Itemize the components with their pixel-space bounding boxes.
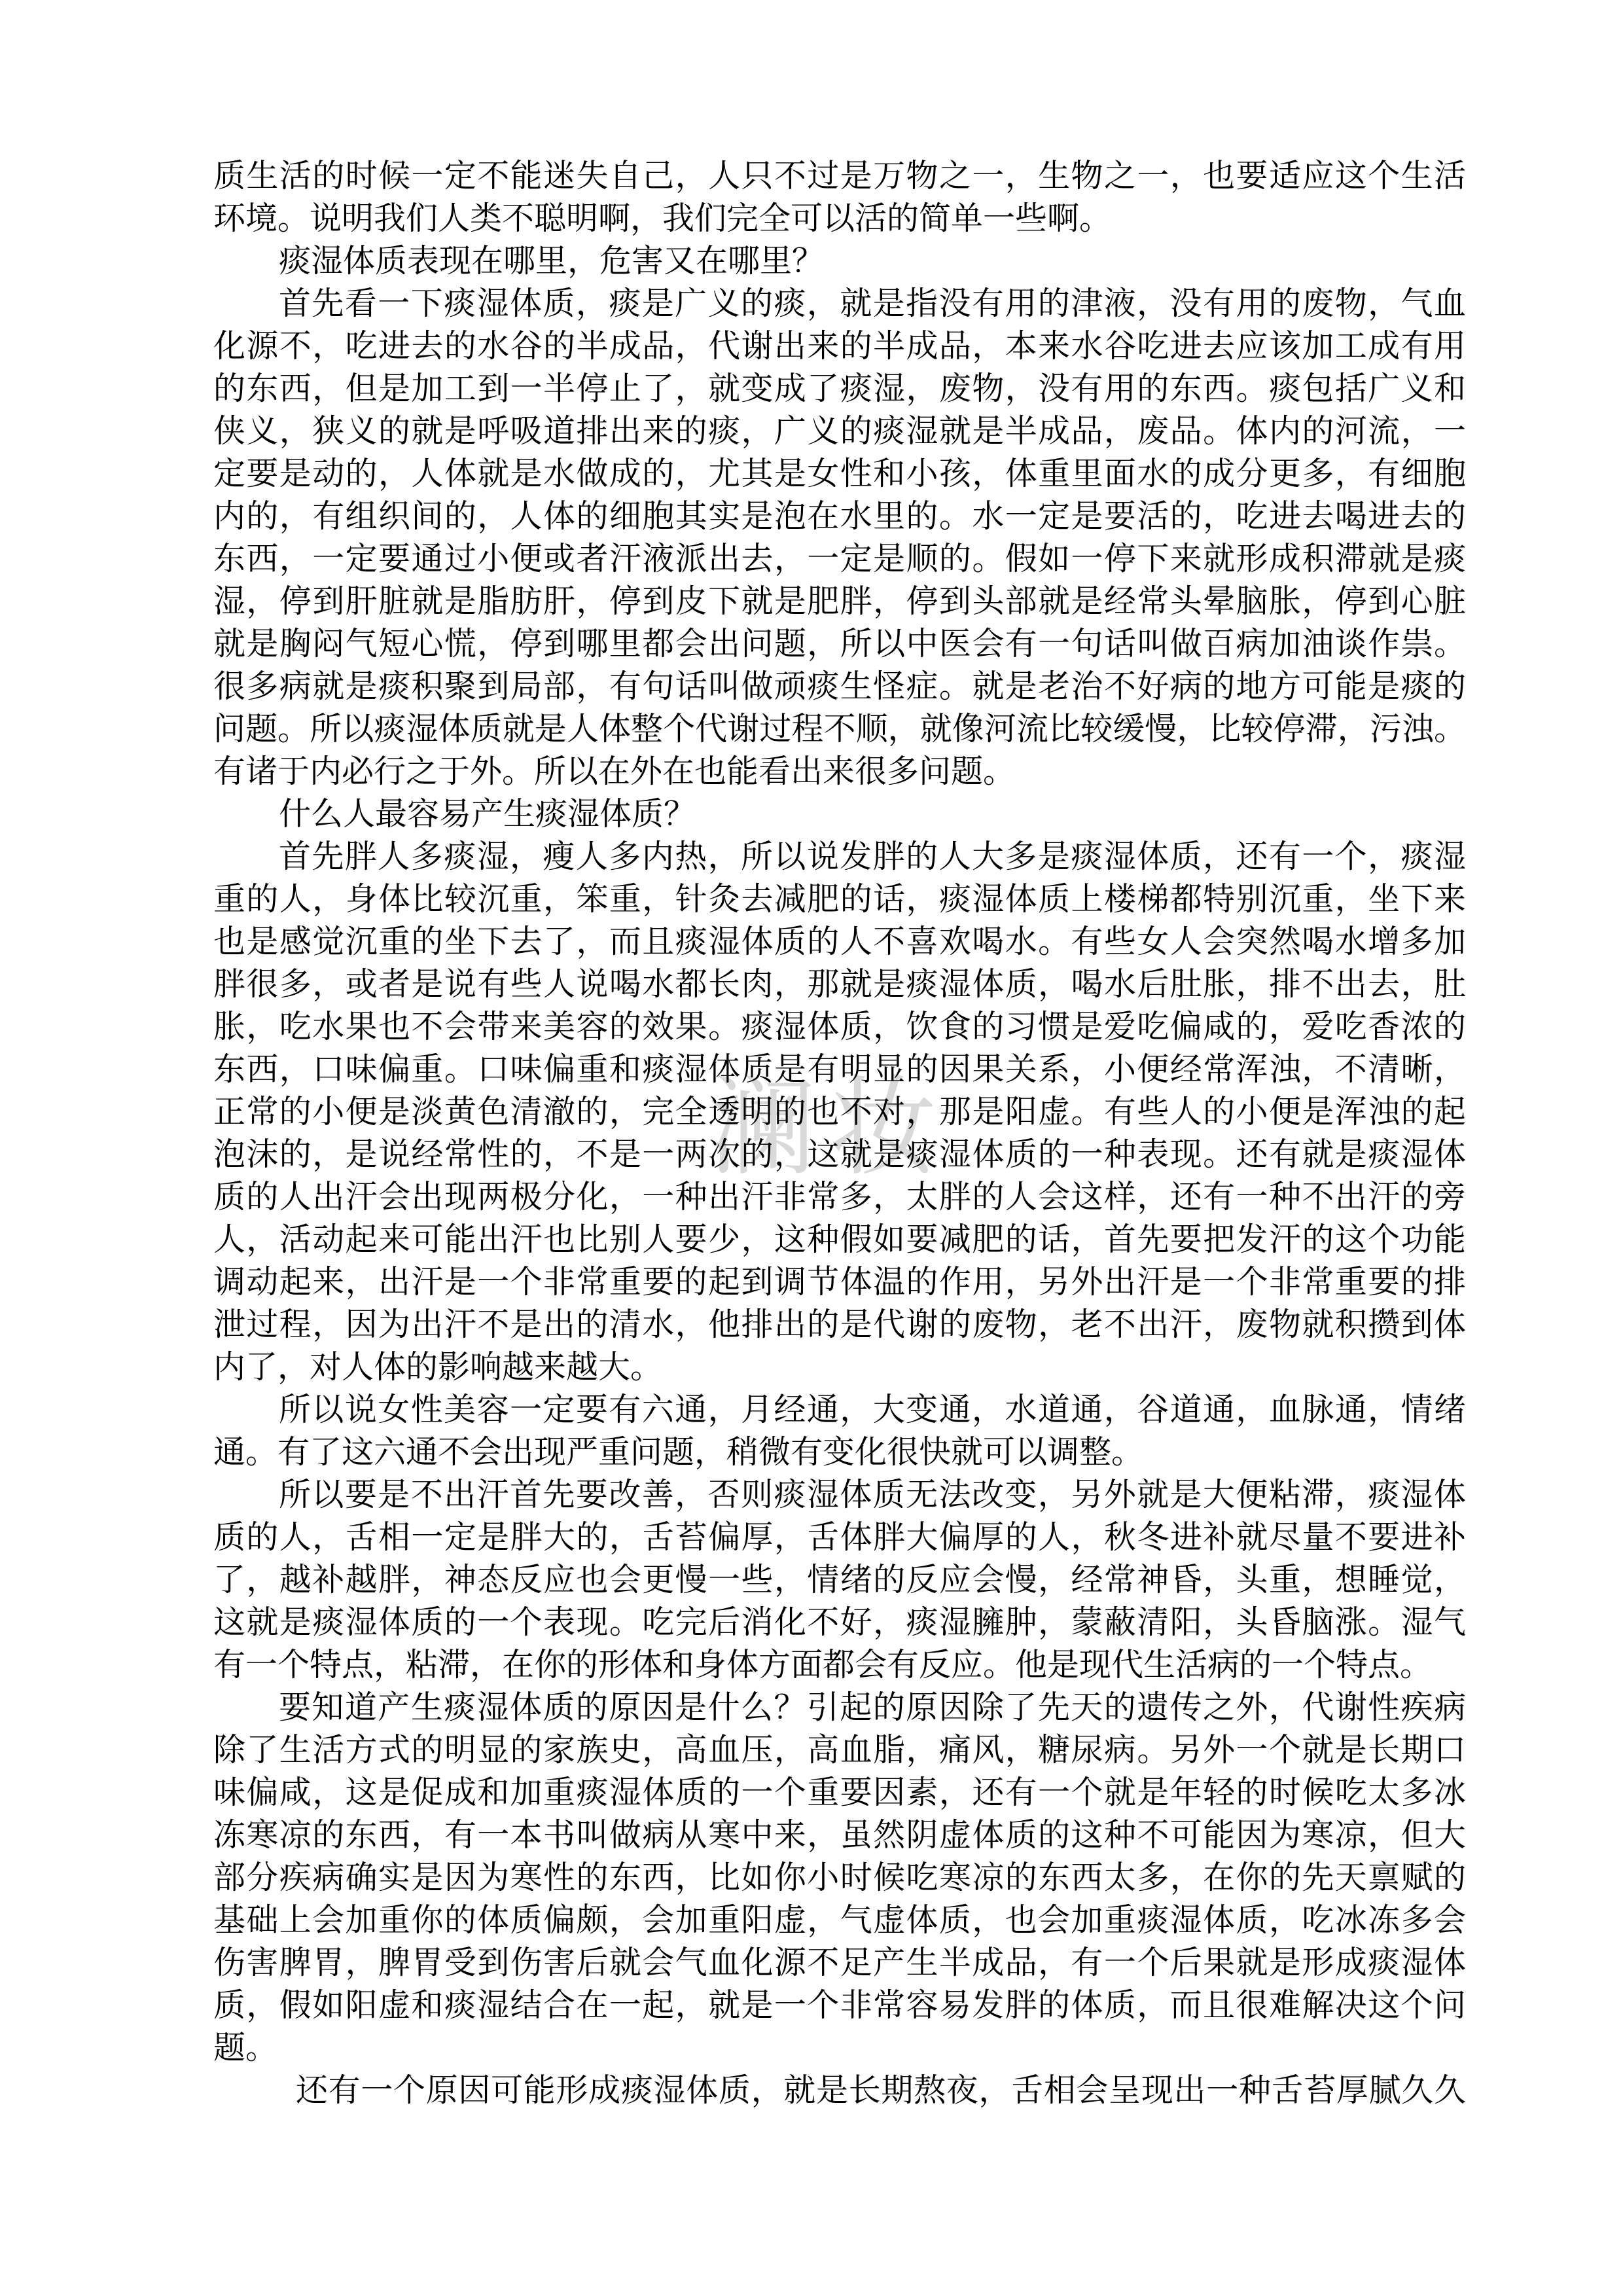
text-line: 很多病就是痰积聚到局部，有句话叫做顽痰生怪症。就是老治不好病的地方可能是痰的 <box>213 665 1466 708</box>
document-page: 质生活的时候一定不能迷失自己，人只不过是万物之一，生物之一，也要适应这个生活 环… <box>213 154 1466 2111</box>
text-line: 泡沫的，是说经常性的，不是一两次的，这就是痰湿体质的一种表现。还有就是痰湿体 <box>213 1133 1466 1175</box>
text-line: 通。有了这六通不会出现严重问题，稍微有变化很快就可以调整。 <box>213 1431 1466 1473</box>
text-line: 了，越补越胖，神态反应也会更慢一些，情绪的反应会慢，经常神昏，头重，想睡觉， <box>213 1558 1466 1601</box>
text-line: 题。 <box>213 2026 1466 2069</box>
text-line: 基础上会加重你的体质偏颇，会加重阳虚，气虚体质，也会加重痰湿体质，吃冰冻多会 <box>213 1899 1466 1941</box>
text-line: 内的，有组织间的，人体的细胞其实是泡在水里的。水一定是要活的，吃进去喝进去的 <box>213 495 1466 537</box>
text-line: 泄过程，因为出汗不是出的清水，他排出的是代谢的废物，老不出汗，废物就积攒到体 <box>213 1303 1466 1346</box>
text-line: 也是感觉沉重的坐下去了，而且痰湿体质的人不喜欢喝水。有些女人会突然喝水增多加 <box>213 920 1466 963</box>
text-line: 问题。所以痰湿体质就是人体整个代谢过程不顺，就像河流比较缓慢，比较停滞，污浊。 <box>213 708 1466 750</box>
text-line: 质的人，舌相一定是胖大的，舌苔偏厚，舌体胖大偏厚的人，秋冬进补就尽量不要进补 <box>213 1516 1466 1558</box>
text-line: 重的人，身体比较沉重，笨重，针灸去减肥的话，痰湿体质上楼梯都特别沉重，坐下来 <box>213 878 1466 920</box>
text-line: 有诸于内必行之于外。所以在外在也能看出来很多问题。 <box>213 750 1466 793</box>
paragraph: 所以要是不出汗首先要改善，否则痰湿体质无法改变，另外就是大便粘滞，痰湿体 质的人… <box>213 1473 1466 1686</box>
text-line: 冻寒凉的东西，有一本书叫做病从寒中来，虽然阴虚体质的这种不可能因为寒凉，但大 <box>213 1814 1466 1856</box>
text-line: 东西，一定要通过小便或者汗液派出去，一定是顺的。假如一停下来就形成积滞就是痰 <box>213 537 1466 580</box>
text-line: 调动起来，出汗是一个非常重要的起到调节体温的作用，另外出汗是一个非常重要的排 <box>213 1261 1466 1303</box>
text-line: 什么人最容易产生痰湿体质？ <box>213 793 1466 835</box>
text-line: 所以说女性美容一定要有六通，月经通，大变通，水道通，谷道通，血脉通，情绪 <box>213 1388 1466 1431</box>
text-line: 首先胖人多痰湿，瘦人多内热，所以说发胖的人大多是痰湿体质，还有一个，痰湿 <box>213 835 1466 878</box>
section-question: 痰湿体质表现在哪里，危害又在哪里？ <box>213 240 1466 282</box>
text-line: 胖很多，或者是说有些人说喝水都长肉，那就是痰湿体质，喝水后肚胀，排不出去，肚 <box>213 963 1466 1005</box>
text-line: 要知道产生痰湿体质的原因是什么？引起的原因除了先天的遗传之外，代谢性疾病 <box>213 1686 1466 1729</box>
paragraph: 质生活的时候一定不能迷失自己，人只不过是万物之一，生物之一，也要适应这个生活 环… <box>213 154 1466 240</box>
text-line: 痰湿体质表现在哪里，危害又在哪里？ <box>213 240 1466 282</box>
text-line: 湿，停到肝脏就是脂肪肝，停到皮下就是肥胖，停到头部就是经常头晕脑胀，停到心脏 <box>213 580 1466 622</box>
text-line: 内了，对人体的影响越来越大。 <box>213 1346 1466 1388</box>
section-question: 什么人最容易产生痰湿体质？ <box>213 793 1466 835</box>
text-line: 伤害脾胃，脾胃受到伤害后就会气血化源不足产生半成品，有一个后果就是形成痰湿体 <box>213 1941 1466 1984</box>
text-line: 这就是痰湿体质的一个表现。吃完后消化不好，痰湿臃肿，蒙蔽清阳，头昏脑涨。湿气 <box>213 1601 1466 1643</box>
text-line: 东西，口味偏重。口味偏重和痰湿体质是有明显的因果关系，小便经常浑浊，不清晰， <box>213 1048 1466 1090</box>
paragraph: 所以说女性美容一定要有六通，月经通，大变通，水道通，谷道通，血脉通，情绪 通。有… <box>213 1388 1466 1473</box>
text-line: 化源不，吃进去的水谷的半成品，代谢出来的半成品，本来水谷吃进去应该加工成有用 <box>213 325 1466 367</box>
text-line: 质生活的时候一定不能迷失自己，人只不过是万物之一，生物之一，也要适应这个生活 <box>213 154 1466 197</box>
text-line: 正常的小便是淡黄色清澈的，完全透明的也不对，那是阳虚。有些人的小便是浑浊的起 <box>213 1090 1466 1133</box>
paragraph: 首先看一下痰湿体质，痰是广义的痰，就是指没有用的津液，没有用的废物，气血 化源不… <box>213 282 1466 793</box>
text-line: 胀，吃水果也不会带来美容的效果。痰湿体质，饮食的习惯是爱吃偏咸的，爱吃香浓的 <box>213 1005 1466 1048</box>
text-line: 质的人出汗会出现两极分化，一种出汗非常多，太胖的人会这样，还有一种不出汗的旁 <box>213 1175 1466 1218</box>
text-line: 味偏咸，这是促成和加重痰湿体质的一个重要因素，还有一个就是年轻的时候吃太多冰 <box>213 1771 1466 1814</box>
text-line: 所以要是不出汗首先要改善，否则痰湿体质无法改变，另外就是大便粘滞，痰湿体 <box>213 1473 1466 1516</box>
text-line: 有一个特点，粘滞，在你的形体和身体方面都会有反应。他是现代生活病的一个特点。 <box>213 1643 1466 1686</box>
text-line: 的东西，但是加工到一半停止了，就变成了痰湿，废物，没有用的东西。痰包括广义和 <box>213 367 1466 410</box>
text-line: 侠义，狭义的就是呼吸道排出来的痰，广义的痰湿就是半成品，废品。体内的河流，一 <box>213 410 1466 452</box>
text-line: 人，活动起来可能出汗也比别人要少，这种假如要减肥的话，首先要把发汗的这个功能 <box>213 1218 1466 1261</box>
paragraph: 还有一个原因可能形成痰湿体质，就是长期熬夜，舌相会呈现出一种舌苔厚腻久久 <box>213 2069 1466 2111</box>
text-line: 质，假如阳虚和痰湿结合在一起，就是一个非常容易发胖的体质，而且很难解决这个问 <box>213 1984 1466 2026</box>
paragraph: 要知道产生痰湿体质的原因是什么？引起的原因除了先天的遗传之外，代谢性疾病 除了生… <box>213 1686 1466 2069</box>
text-line: 除了生活方式的明显的家族史，高血压，高血脂，痛风，糖尿病。另外一个就是长期口 <box>213 1729 1466 1771</box>
text-line: 首先看一下痰湿体质，痰是广义的痰，就是指没有用的津液，没有用的废物，气血 <box>213 282 1466 325</box>
text-line: 环境。说明我们人类不聪明啊，我们完全可以活的简单一些啊。 <box>213 197 1466 240</box>
text-line: 部分疾病确实是因为寒性的东西，比如你小时候吃寒凉的东西太多，在你的先天禀赋的 <box>213 1856 1466 1899</box>
paragraph: 首先胖人多痰湿，瘦人多内热，所以说发胖的人大多是痰湿体质，还有一个，痰湿 重的人… <box>213 835 1466 1388</box>
text-line: 就是胸闷气短心慌，停到哪里都会出问题，所以中医会有一句话叫做百病加油谈作祟。 <box>213 622 1466 665</box>
text-line: 还有一个原因可能形成痰湿体质，就是长期熬夜，舌相会呈现出一种舌苔厚腻久久 <box>213 2069 1466 2111</box>
text-line: 定要是动的，人体就是水做成的，尤其是女性和小孩，体重里面水的成分更多，有细胞 <box>213 452 1466 495</box>
